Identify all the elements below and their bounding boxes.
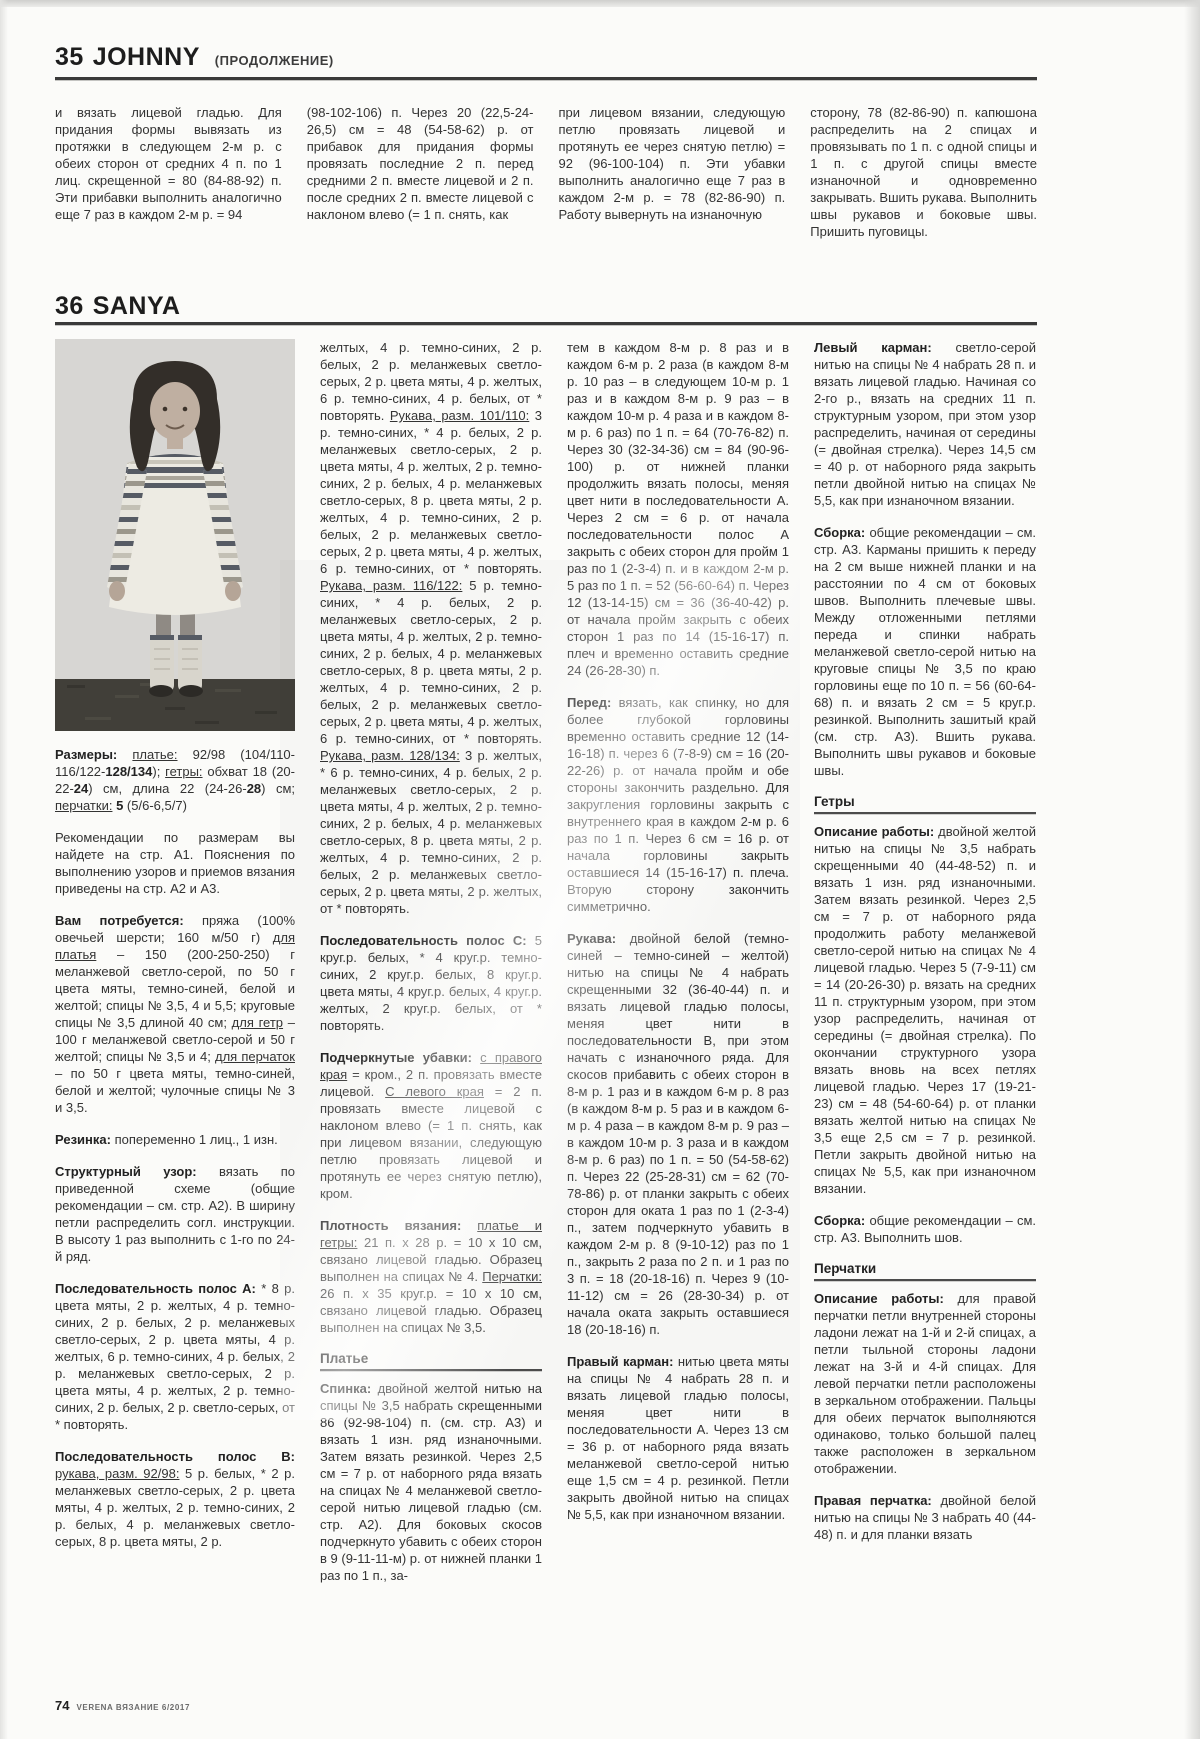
neck: [167, 437, 183, 449]
text-segment: );: [152, 764, 165, 779]
text-segment: нитью цвета мяты на спицы № 4 набрать 28…: [567, 1354, 789, 1522]
paragraph: Правая перчатка: двойной белой нитью на …: [814, 1492, 1036, 1543]
photo-illustration: [55, 339, 295, 731]
lead-in: Перед:: [567, 695, 619, 710]
magazine-issue: VERENA ВЯЗАНИЕ 6/2017: [76, 1703, 190, 1712]
lead-in: Подчеркнутые убавки:: [320, 1050, 480, 1065]
paragraph: Структурный узор: вязать по приведенной …: [55, 1163, 295, 1265]
section-johnny-title: 35 JOHNNY (ПРОДОЛЖЕНИЕ): [55, 40, 1037, 75]
left-shoe: [149, 685, 173, 697]
text-column-1: желтых, 4 р. темно-синих, 2 р. белых, 2 …: [320, 339, 542, 1599]
section-johnny: 35 JOHNNY (ПРОДОЛЖЕНИЕ) и вязать лицевой…: [55, 40, 1037, 255]
pattern-number: 35: [55, 43, 84, 71]
text-segment: для гетр: [232, 1015, 283, 1030]
paragraph: Плотность вязания: платье и гетры: 21 п.…: [320, 1217, 542, 1336]
section-sanya: 36 SANYA: [55, 289, 1037, 1599]
lead-in: Размеры:: [55, 747, 132, 762]
lead-in: Вам потребуется:: [55, 913, 202, 928]
lead-in: Рукава:: [567, 931, 630, 946]
magazine-page: 35 JOHNNY (ПРОДОЛЖЕНИЕ) и вязать лицевой…: [0, 0, 1200, 1739]
text-segment: Рукава, разм. 128/134:: [320, 748, 460, 763]
text-segment: (98-102-106) п. Через 20 (22,5-24-26,5) …: [307, 105, 534, 222]
lead-in: Сборка:: [814, 525, 869, 540]
text-column-photo: Размеры: платье: 92/98 (104/110-116/122-…: [55, 339, 295, 1565]
lead-in: Правая перчатка:: [814, 1493, 940, 1508]
text-segment: Рекомендации по размерам вы найдете на с…: [55, 830, 295, 896]
face: [150, 382, 200, 440]
text-segment: = 2 п. провязать вместе лицевой с наклон…: [320, 1084, 542, 1201]
paragraph: Перед: вязать, как спинку, но для более …: [567, 694, 789, 915]
text-segment: Рукава, разм. 101/110:: [390, 408, 529, 423]
text-segment: перчатки:: [55, 798, 112, 813]
paragraph: Рукава: двойной белой (темно-синей – тем…: [567, 930, 789, 1338]
text-column-2: тем в каждом 8-м р. 8 раз и в каждом 6-м…: [567, 339, 789, 1538]
page-footer: 74 VERENA ВЯЗАНИЕ 6/2017: [55, 1698, 190, 1713]
paragraph: Описание работы: двойной желтой нитью на…: [814, 823, 1036, 1197]
text-segment: попеременно 1 лиц., 1 изн.: [115, 1132, 278, 1147]
text-segment: светло-серой нитью на спицы № 4 набрать …: [814, 340, 1036, 508]
text-column-4: сторону, 78 (82-86-90) п. капюшона распр…: [810, 104, 1037, 255]
scan-edge-right: [1184, 0, 1200, 1739]
text-segment: двойной белой (темно-синей – темно-синей…: [567, 931, 789, 1337]
text-segment: для перчаток: [215, 1049, 295, 1064]
paragraph: Описание работы: для правой перчатки пет…: [814, 1290, 1036, 1477]
paragraph: Последовательность полос С: 5 круг.р. бе…: [320, 932, 542, 1034]
lead-in: Последовательность полос В:: [55, 1449, 295, 1464]
pattern-name: JOHNNY: [93, 43, 200, 71]
right-hand: [225, 581, 241, 601]
pattern-name: SANYA: [93, 292, 181, 320]
text-column-2: (98-102-106) п. Через 20 (22,5-24-26,5) …: [307, 104, 534, 238]
paragraph: тем в каждом 8-м р. 8 раз и в каждом 6-м…: [567, 339, 789, 679]
right-shoe: [179, 685, 203, 697]
lead-in: 128/134: [105, 764, 152, 779]
lead-in: 24: [74, 781, 88, 796]
paragraph: Резинка: попеременно 1 лиц., 1 изн.: [55, 1131, 295, 1148]
text-segment: ) см;: [261, 781, 295, 796]
text-segment: двойной желтой нитью на спицы № 3,5 набр…: [814, 824, 1036, 1196]
lead-in: Последовательность полос А:: [55, 1281, 261, 1296]
paragraph: желтых, 4 р. темно-синих, 2 р. белых, 2 …: [320, 339, 542, 917]
text-segment: гетры:: [165, 764, 202, 779]
sanya-columns: Размеры: платье: 92/98 (104/110-116/122-…: [55, 339, 1037, 1599]
paragraph: Последовательность полос В: рукава, разм…: [55, 1448, 295, 1550]
paragraph: Подчеркнутые убавки: с правого края = кр…: [320, 1049, 542, 1202]
text-column-3: Левый карман: светло-серой нитью на спиц…: [814, 339, 1036, 1558]
paragraph: Спинка: двойной желтой нитью на спицы № …: [320, 1380, 542, 1584]
page-content: 35 JOHNNY (ПРОДОЛЖЕНИЕ) и вязать лицевой…: [55, 40, 1037, 1599]
subsection-title: Платье: [320, 1351, 542, 1371]
text-column-3: при лицевом вязании, следующую петлю про…: [559, 104, 786, 238]
lead-in: Правый карман:: [567, 1354, 678, 1369]
text-segment: 26 п. х 35 круг.р. = 10 х 10 см, связано…: [320, 1286, 542, 1335]
text-segment: вязать, как спинку, но для более глубоко…: [567, 695, 789, 914]
scan-edge-left: [0, 0, 8, 1739]
lead-in: Резинка:: [55, 1132, 115, 1147]
paragraph: Левый карман: светло-серой нитью на спиц…: [814, 339, 1036, 509]
lead-in: Описание работы:: [814, 824, 938, 839]
grass-ground: [55, 679, 295, 731]
photo-column-text: Размеры: платье: 92/98 (104/110-116/122-…: [55, 746, 295, 1550]
paragraph: Сборка: общие рекомендации – см. стр. А3…: [814, 524, 1036, 779]
text-segment: Перчатки:: [482, 1269, 542, 1284]
johnny-columns: и вязать лицевой гладью. Для придания фо…: [55, 104, 1037, 255]
pattern-subtitle: (ПРОДОЛЖЕНИЕ): [215, 53, 334, 68]
lead-in: Последовательность полос С:: [320, 933, 535, 948]
left-hand: [109, 581, 125, 601]
paragraph: Последовательность полос А: * 8 р. цвета…: [55, 1280, 295, 1433]
section-rule: [55, 77, 1037, 80]
paragraph: (98-102-106) п. Через 20 (22,5-24-26,5) …: [307, 104, 534, 223]
scan-edge-top: [0, 0, 1200, 7]
text-segment: 5 р. темно-синих, * 4 р. белых, 2 р. мел…: [320, 578, 542, 746]
text-segment: двойной желтой нитью на спицы № 3,5 набр…: [320, 1381, 542, 1583]
girl-in-striped-dress-photo: [55, 339, 295, 731]
text-segment: 5 круг.р. белых, * 4 круг.р. темно-синих…: [320, 933, 542, 1033]
section-rule: [55, 322, 1037, 325]
paragraph: сторону, 78 (82-86-90) п. капюшона распр…: [810, 104, 1037, 240]
lead-in: Описание работы:: [814, 1291, 957, 1306]
paragraph: Вам потребуется: пряжа (100% овечьей шер…: [55, 912, 295, 1116]
lead-in: Сборка:: [814, 1213, 869, 1228]
text-segment: Рукава, разм. 116/122:: [320, 578, 462, 593]
page-number: 74: [55, 1698, 69, 1713]
text-segment: (5/6-6,5/7): [123, 798, 187, 813]
subsection-title: Перчатки: [814, 1261, 1036, 1281]
paragraph: Правый карман: нитью цвета мяты на спицы…: [567, 1353, 789, 1523]
pattern-number: 36: [55, 292, 84, 320]
text-segment: С левого края: [385, 1084, 484, 1099]
paragraph: Сборка: общие рекомендации – см. стр. А3…: [814, 1212, 1036, 1246]
text-segment: сторону, 78 (82-86-90) п. капюшона распр…: [810, 105, 1037, 239]
text-segment: платье:: [132, 747, 177, 762]
text-segment: общие рекомендации – см. стр. А3. Карман…: [814, 525, 1036, 778]
lead-in: Спинка:: [320, 1381, 378, 1396]
paragraph: при лицевом вязании, следующую петлю про…: [559, 104, 786, 223]
lead-in: Левый карман:: [814, 340, 956, 355]
text-column-1: и вязать лицевой гладью. Для придания фо…: [55, 104, 282, 238]
text-segment: для правой перчатки петли внутренней сто…: [814, 1291, 1036, 1476]
lead-in: Структурный узор:: [55, 1164, 219, 1179]
paragraph: Размеры: платье: 92/98 (104/110-116/122-…: [55, 746, 295, 814]
subsection-title: Гетры: [814, 794, 1036, 814]
text-segment: ) см, длина 22 (24-26-: [88, 781, 246, 796]
text-segment: * 8 р. цвета мяты, 2 р. желтых, 4 р. тем…: [55, 1281, 295, 1432]
text-segment: при лицевом вязании, следующую петлю про…: [559, 105, 786, 222]
text-segment: 3 р. темно-синих, * 4 р. белых, 2 р. мел…: [320, 408, 542, 576]
paragraph: и вязать лицевой гладью. Для придания фо…: [55, 104, 282, 223]
text-segment: тем в каждом 8-м р. 8 раз и в каждом 6-м…: [567, 340, 789, 678]
text-segment: рукава, разм. 92/98:: [55, 1466, 179, 1481]
text-segment: и вязать лицевой гладью. Для придания фо…: [55, 105, 282, 222]
section-sanya-title: 36 SANYA: [55, 289, 1037, 320]
lead-in: Плотность вязания:: [320, 1218, 477, 1233]
text-segment: 3 р. желтых, * 6 р. темно-синих, 4 р. бе…: [320, 748, 542, 916]
paragraph: Рекомендации по размерам вы найдете на с…: [55, 829, 295, 897]
text-segment: – по 50 г цвета мяты, темно-синей, белой…: [55, 1066, 295, 1115]
lead-in: 28: [247, 781, 261, 796]
text-segment: вязать по приведенной схеме (общие реком…: [55, 1164, 295, 1264]
